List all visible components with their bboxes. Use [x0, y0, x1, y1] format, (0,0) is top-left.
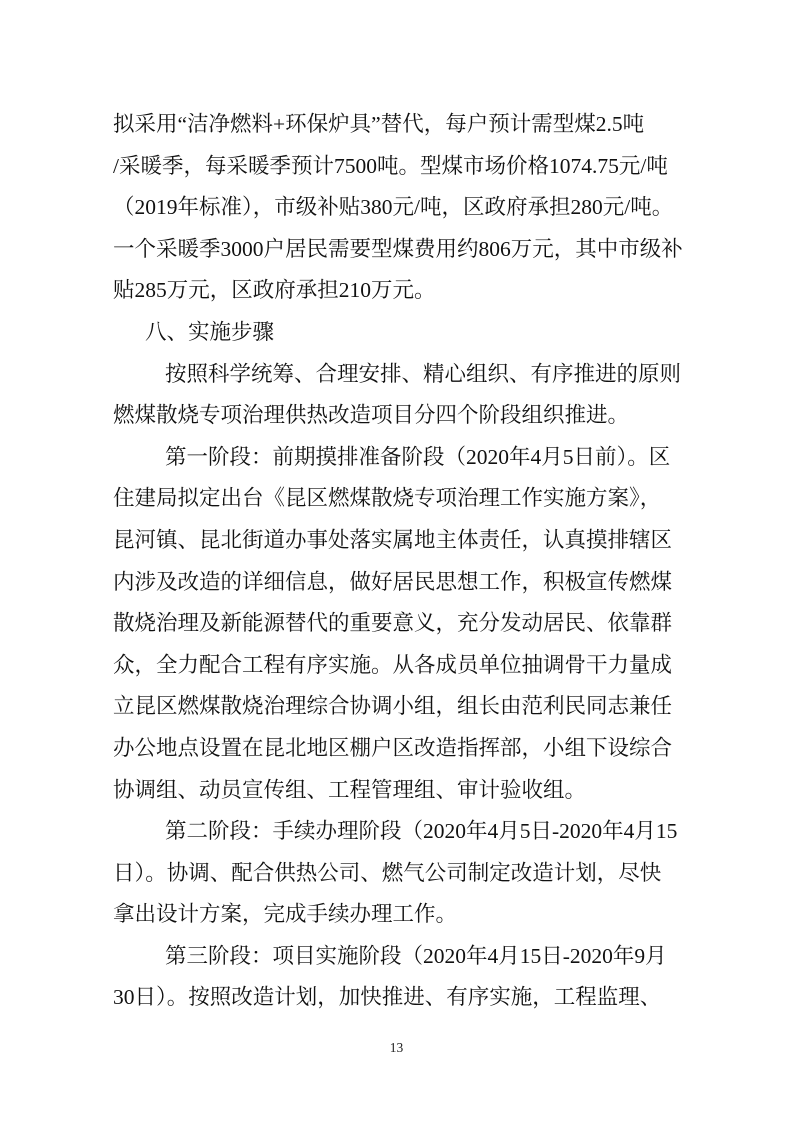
document-page: 拟采用“洁净燃料+环保炉具”替代，每户预计需型煤2.5吨/采暖季，每采暖季预计7…: [0, 0, 793, 1122]
text-line: 散烧治理及新能源替代的重要意义，充分发动居民、依靠群: [113, 603, 683, 645]
text-line: 燃煤散烧专项治理供热改造项目分四个阶段组织推进。: [113, 395, 683, 437]
text-line: 内涉及改造的详细信息，做好居民思想工作，积极宣传燃煤: [113, 562, 683, 604]
section-heading: 八、实施步骤: [113, 312, 683, 354]
text-line: 昆河镇、昆北街道办事处落实属地主体责任，认真摸排辖区: [113, 520, 683, 562]
text-line: 立昆区燃煤散烧治理综合协调小组，组长由范利民同志兼任: [113, 686, 683, 728]
text-line: 一个采暖季3000户居民需要型煤费用约806万元，其中市级补: [113, 229, 683, 271]
text-line: 住建局拟定出台《昆区燃煤散烧专项治理工作实施方案》，: [113, 478, 683, 520]
text-line: 办公地点设置在昆北地区棚户区改造指挥部，小组下设综合: [113, 728, 683, 770]
text-line: 第三阶段：项目实施阶段（2020年4月15日-2020年9月: [113, 936, 683, 978]
text-line: （2019年标准），市级补贴380元/吨，区政府承担280元/吨。: [113, 187, 683, 229]
text-line: 拿出设计方案，完成手续办理工作。: [113, 894, 683, 936]
page-number: 13: [0, 1039, 793, 1057]
text-line: 按照科学统筹、合理安排、精心组织、有序推进的原则: [113, 354, 683, 396]
text-line: /采暖季，每采暖季预计7500吨。型煤市场价格1074.75元/吨: [113, 146, 683, 188]
text-line: 第一阶段：前期摸排准备阶段（2020年4月5日前）。区: [113, 437, 683, 479]
text-line: 众，全力配合工程有序实施。从各成员单位抽调骨干力量成: [113, 645, 683, 687]
text-line: 30日）。按照改造计划，加快推进、有序实施，工程监理、: [113, 977, 683, 1019]
text-line: 贴285万元，区政府承担210万元。: [113, 270, 683, 312]
text-block: 拟采用“洁净燃料+环保炉具”替代，每户预计需型煤2.5吨/采暖季，每采暖季预计7…: [113, 104, 683, 1019]
text-line: 第二阶段：手续办理阶段（2020年4月5日-2020年4月15: [113, 811, 683, 853]
text-line: 拟采用“洁净燃料+环保炉具”替代，每户预计需型煤2.5吨: [113, 104, 683, 146]
text-line: 日）。协调、配合供热公司、燃气公司制定改造计划，尽快: [113, 853, 683, 895]
text-line: 协调组、动员宣传组、工程管理组、审计验收组。: [113, 770, 683, 812]
